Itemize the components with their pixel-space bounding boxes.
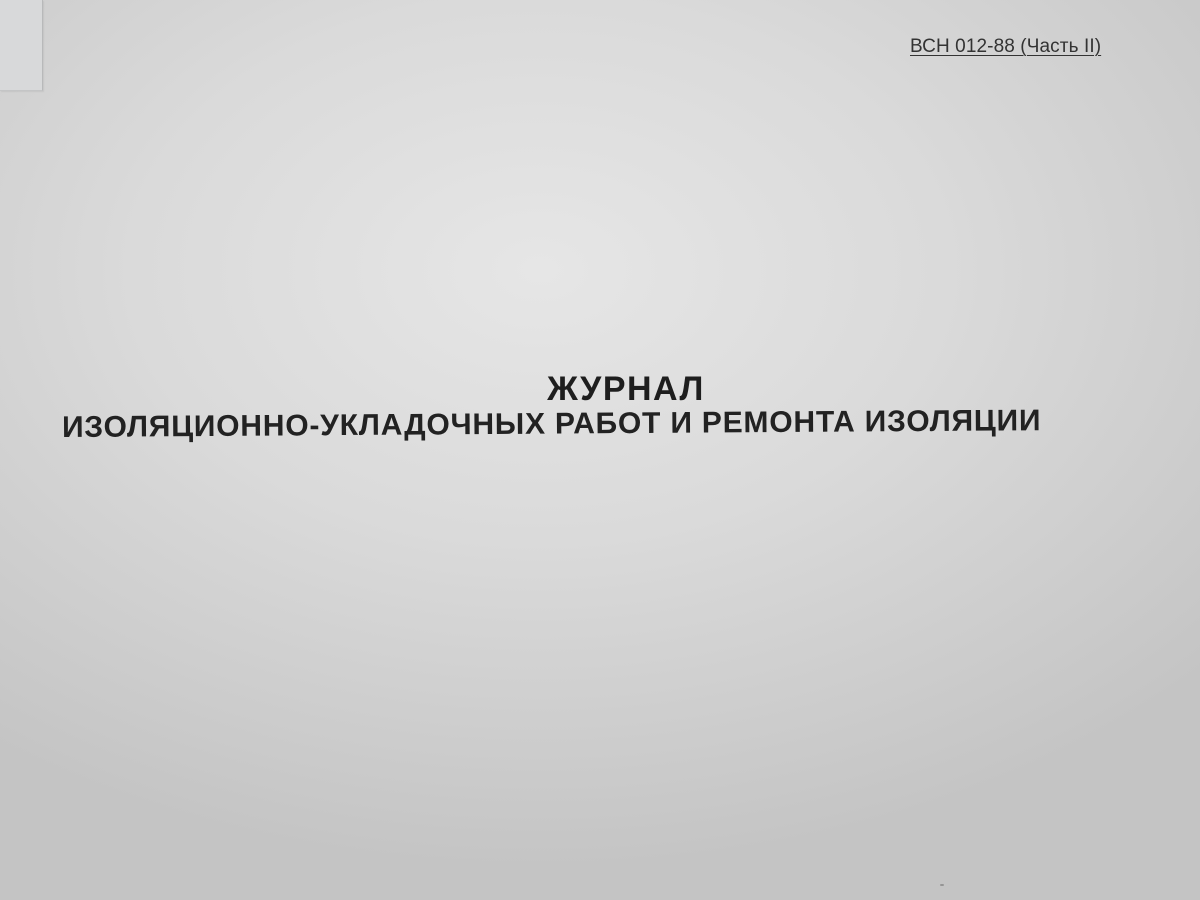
document-subtitle: ИЗОЛЯЦИОННО-УКЛАДОЧНЫХ РАБОТ И РЕМОНТА И… <box>62 404 1042 445</box>
document-code-label: ВСН 012-88 (Часть II) <box>910 36 1101 58</box>
underlying-sheet-corner <box>0 0 43 91</box>
document-title: ЖУРНАЛ <box>0 370 1200 409</box>
document-cover: ВСН 012-88 (Часть II) ЖУРНАЛ ИЗОЛЯЦИОННО… <box>0 0 1200 900</box>
paper-speck <box>940 884 944 886</box>
